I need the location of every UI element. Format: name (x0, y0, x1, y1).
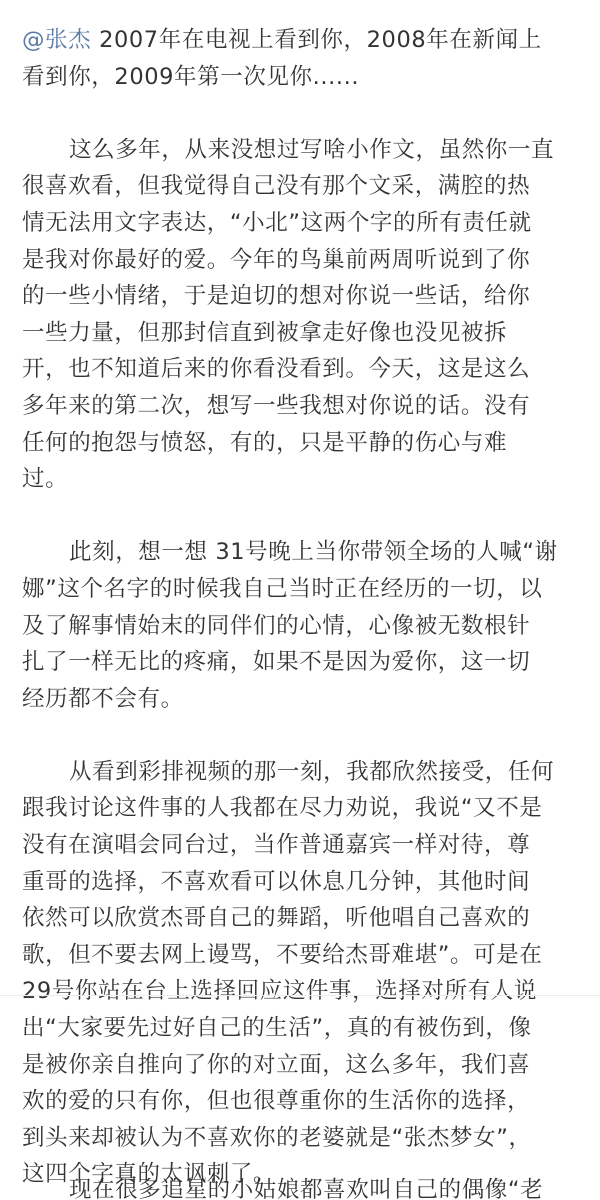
paragraph-line: 此刻，想一想 31号晚上当你带领全场的人喊“谢 (22, 534, 592, 571)
paragraph-gap (22, 95, 592, 132)
paragraph-line: 29号你站在台上选择回应这件事，选择对所有人说 (22, 973, 592, 1010)
paragraph-line: 及了解事情始末的同伴们的心情，心像被无数根针 (22, 608, 592, 645)
intro-text: 2007年在电视上看到你，2008年在新闻上 (91, 27, 541, 53)
paragraph-line: 从看到彩排视频的那一刻，我都欣然接受，任何 (22, 754, 592, 791)
paragraph-line: 多年来的第二次，想写一些我想对你说的话。没有 (22, 388, 592, 425)
paragraph-gap (22, 717, 592, 754)
paragraph-line: 一些力量，但那封信直到被拿走好像也没见被拆 (22, 315, 592, 352)
paragraph-line: 是我对你最好的爱。今年的鸟巢前两周听说到了你 (22, 242, 592, 279)
paragraph-line: 出“大家要先过好自己的生活”，真的有被伤到，像 (22, 1010, 592, 1047)
paragraph-line: 的一些小情绪，于是迫切的想对你说一些话，给你 (22, 278, 592, 315)
paragraph-line: 是被你亲自推向了你的对立面，这么多年，我们喜 (22, 1047, 592, 1084)
screenshot-seam-divider (0, 995, 600, 996)
intro-line-1: @张杰 2007年在电视上看到你，2008年在新闻上 (22, 22, 592, 59)
paragraph-line: 没有在演唱会同台过，当作普通嘉宾一样对待，尊 (22, 827, 592, 864)
cutoff-paragraph-line: 现在很多追星的小姑娘都喜欢叫自己的偶像“老 (69, 1172, 543, 1200)
paragraph-line: 经历都不会有。 (22, 681, 592, 718)
paragraph-line: 欢的爱的只有你，但也很尊重你的生活你的选择， (22, 1083, 592, 1120)
paragraph-line: 娜”这个名字的时候我自己当时正在经历的一切，以 (22, 571, 592, 608)
paragraph-line: 扎了一样无比的疼痛，如果不是因为爱你，这一切 (22, 644, 592, 681)
intro-line-2: 看到你，2009年第一次见你...... (22, 59, 592, 96)
mention-link[interactable]: @张杰 (22, 27, 91, 53)
paragraph-line: 这么多年，从来没想过写啥小作文，虽然你一直 (22, 132, 592, 169)
paragraph-line: 很喜欢看，但我觉得自己没有那个文采，满腔的热 (22, 168, 592, 205)
paragraph-3: 从看到彩排视频的那一刻，我都欣然接受，任何 跟我讨论这件事的人我都在尽力劝说，我… (22, 754, 592, 1193)
paragraph-2: 此刻，想一想 31号晚上当你带领全场的人喊“谢 娜”这个名字的时候我自己当时正在… (22, 534, 592, 717)
paragraph-line: 过。 (22, 461, 592, 498)
paragraph-gap (22, 498, 592, 535)
paragraph-line: 开，也不知道后来的你看没看到。今天，这是这么 (22, 351, 592, 388)
paragraph-line: 情无法用文字表达，“小北”这两个字的所有责任就 (22, 205, 592, 242)
paragraph-line: 依然可以欣赏杰哥自己的舞蹈，听他唱自己喜欢的 (22, 900, 592, 937)
paragraph-1: 这么多年，从来没想过写啥小作文，虽然你一直 很喜欢看，但我觉得自己没有那个文采，… (22, 132, 592, 498)
paragraph-line: 跟我讨论这件事的人我都在尽力劝说，我说“又不是 (22, 790, 592, 827)
paragraph-line: 到头来却被认为不喜欢你的老婆就是“张杰梦女”， (22, 1120, 592, 1157)
paragraph-line: 重哥的选择，不喜欢看可以休息几分钟，其他时间 (22, 864, 592, 901)
paragraph-line: 歌，但不要去网上谩骂，不要给杰哥难堪”。可是在 (22, 937, 592, 974)
post-body: @张杰 2007年在电视上看到你，2008年在新闻上 看到你，2009年第一次见… (22, 22, 592, 1193)
paragraph-line: 任何的抱怨与愤怒，有的，只是平静的伤心与难 (22, 425, 592, 462)
